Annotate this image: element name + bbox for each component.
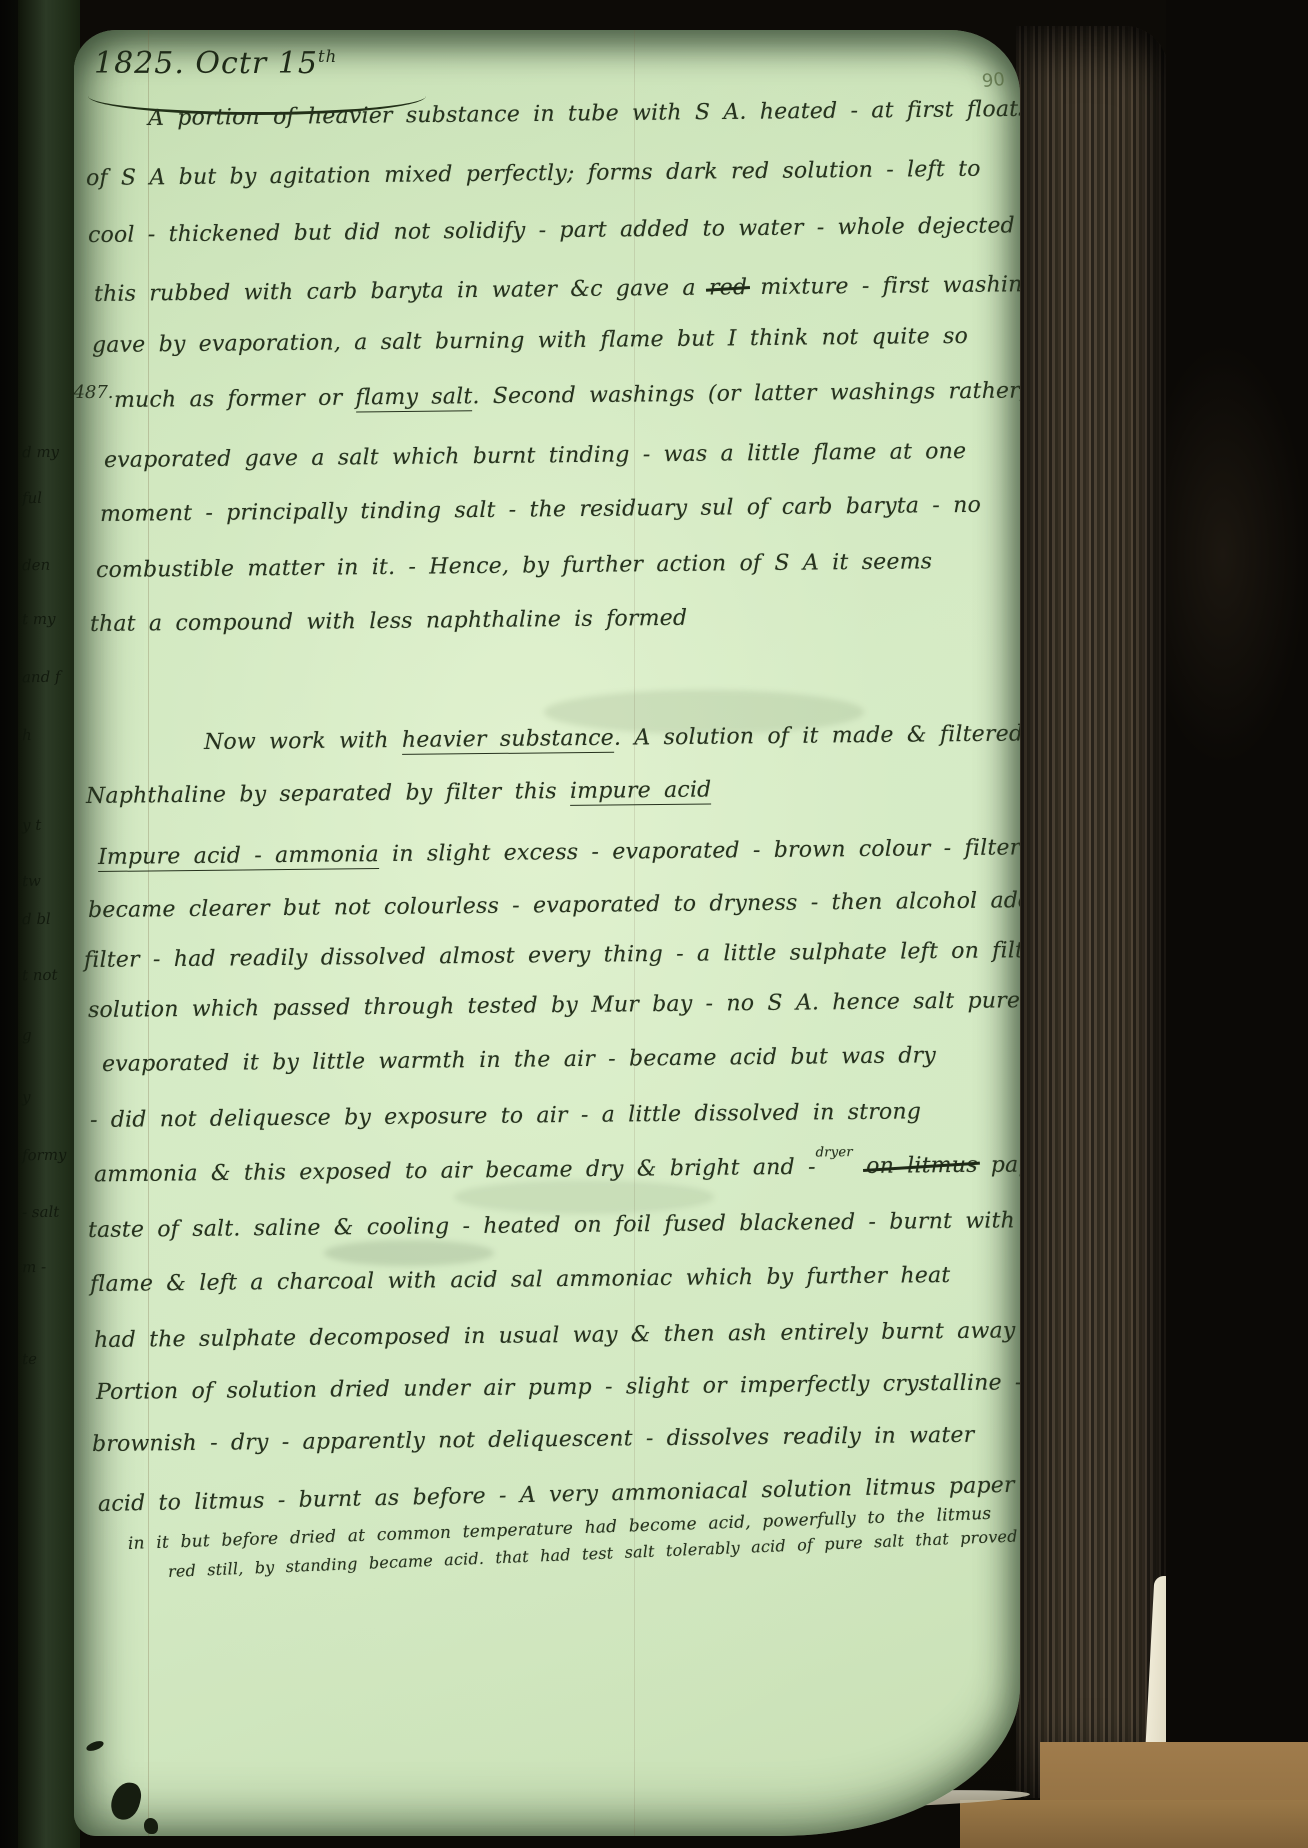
manuscript-line: that a compound with less naphthaline is… [90,606,687,637]
manuscript-line: - did not deliquesce by exposure to air … [90,1099,921,1133]
facing-page-text-fragment: den [22,556,50,574]
manuscript-line: cool - thickened but did not solidify - … [88,213,1015,248]
manuscript-line: filter - had readily dissolved almost ev… [84,938,1020,973]
manuscript-line: flame & left a charcoal with acid sal am… [90,1263,951,1297]
manuscript-line: taste of salt. saline & cooling - heated… [88,1208,1015,1243]
ink-blot [144,1818,158,1834]
ink-blot [85,1739,105,1753]
facing-page-text-fragment: t not [22,966,58,985]
facing-page-text-fragment: d bl [22,910,51,928]
facing-page-text-fragment: t my [22,610,56,629]
facing-page-text-fragment: m - [22,1258,46,1276]
facing-page-text-fragment: formy [22,1146,67,1165]
manuscript-line: moment - principally tinding salt - the … [100,493,981,527]
manuscript-line: Naphthaline by separated by filter this … [86,777,712,809]
manuscript-line: of S A but by agitation mixed perfectly;… [86,157,981,191]
facing-page-text-fragment: tw [22,872,41,890]
manuscript-line: evaporated it by little warmth in the ai… [102,1043,936,1077]
entry-date-ordinal: th [318,47,337,66]
photo-scene: d myfuldent myand fhy ttwd blt notgyform… [0,0,1308,1848]
manuscript-line: ammonia & this exposed to air became dry… [94,1151,1020,1188]
manuscript-page: 90 1825. Octr 15th 1487. A portion of he… [74,30,1020,1836]
manuscript-line: Impure acid - ammonia in slight excess -… [98,835,1020,870]
manuscript-line: solution which passed through tested by … [88,988,1020,1023]
manuscript-line: gave by evaporation, a salt burning with… [92,324,968,358]
facing-page-text-fragment: g [22,1026,32,1044]
manuscript-line: evaporated gave a salt which burnt tindi… [104,439,967,473]
showthrough-smudge [454,1180,714,1214]
facing-page-text-fragment: h [22,726,32,744]
manuscript-line: combustible matter in it. - Hence, by fu… [96,549,932,583]
manuscript-line: this rubbed with carb baryta in water &c… [94,272,1020,307]
ink-blot [108,1780,143,1823]
entry-date-text: 1825. Octr 15 [94,46,318,81]
facing-page-text-fragment: and f [22,668,61,687]
entry-date-heading: 1825. Octr 15th [94,46,337,81]
showthrough-smudge [324,1240,494,1266]
facing-page-text-fragment: d my [22,443,59,462]
margin-paragraph-number: 1487. [74,382,114,403]
manuscript-line: Portion of solution dried under air pump… [96,1370,1020,1405]
manuscript-line: Now work with heavier substance. A solut… [204,721,1020,755]
manuscript-line: much as former or flamy salt. Second was… [114,378,1020,413]
page-number: 90 [981,69,1006,92]
page-fore-edge [1016,26,1168,1798]
facing-page-text-fragment: - salt [22,1203,60,1222]
left-page-edge: d myfuldent myand fhy ttwd blt notgyform… [18,0,80,1848]
facing-page-text-fragment: y t [22,816,42,834]
facing-page-text-fragment: y [22,1088,31,1106]
desk-surface-lower [960,1800,1308,1848]
book-cover-right [1166,0,1308,1848]
facing-page-text-fragment: te [22,1350,37,1368]
manuscript-line: became clearer but not colourless - evap… [88,888,1020,923]
manuscript-line: had the sulphate decomposed in usual way… [94,1318,1016,1353]
facing-page-text-fragment: ful [22,489,42,507]
manuscript-line: brownish - dry - apparently not deliques… [92,1423,975,1457]
